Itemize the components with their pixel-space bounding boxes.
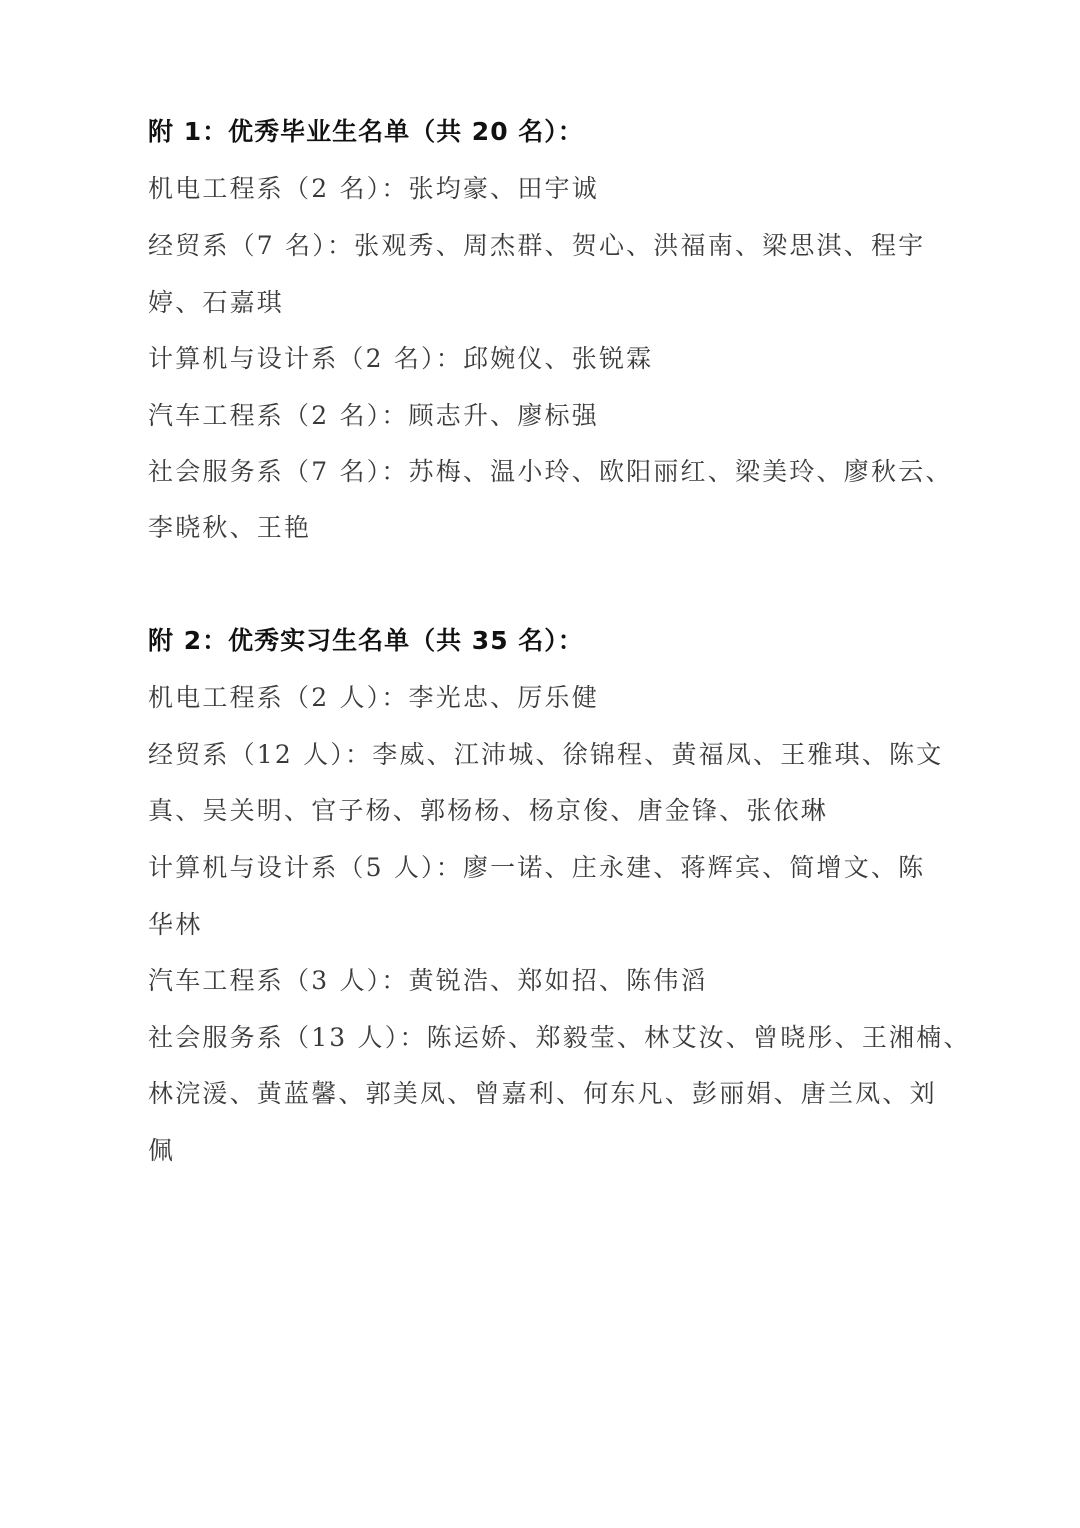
department-line: 社会服务系（13 人）：陈运娇、郑毅莹、林艾汝、曾晓彤、王湘楠、 <box>148 1018 948 1058</box>
section-title: 附 2：优秀实习生名单（共 35 名）： <box>148 621 948 661</box>
department-line-continued: 李晓秋、王艳 <box>148 508 948 548</box>
section-title: 附 1：优秀毕业生名单（共 20 名）： <box>148 112 948 152</box>
department-line-continued: 佩 <box>148 1131 948 1171</box>
department-line: 计算机与设计系（2 名）：邱婉仪、张锐霖 <box>148 339 948 379</box>
department-line-continued: 婷、石嘉琪 <box>148 283 948 323</box>
document-page: 附 1：优秀毕业生名单（共 20 名）： 机电工程系（2 名）：张均豪、田宇诚 … <box>0 0 1080 1528</box>
department-line: 汽车工程系（3 人）：黄锐浩、郑如招、陈伟滔 <box>148 961 948 1001</box>
department-line-continued: 林浣湲、黄蓝馨、郭美凤、曾嘉利、何东凡、彭丽娟、唐兰凤、刘 <box>148 1074 948 1114</box>
department-line: 机电工程系（2 名）：张均豪、田宇诚 <box>148 169 948 209</box>
department-line: 经贸系（7 名）：张观秀、周杰群、贺心、洪福南、梁思淇、程宇 <box>148 226 948 266</box>
department-line: 机电工程系（2 人）：李光忠、厉乐健 <box>148 678 948 718</box>
department-line-continued: 华林 <box>148 905 948 945</box>
department-line: 汽车工程系（2 名）：顾志升、廖标强 <box>148 396 948 436</box>
department-line-continued: 真、吴关明、官子杨、郭杨杨、杨京俊、唐金锋、张依琳 <box>148 791 948 831</box>
department-line: 经贸系（12 人）：李威、江沛城、徐锦程、黄福凤、王雅琪、陈文 <box>148 735 948 775</box>
department-line: 计算机与设计系（5 人）：廖一诺、庄永建、蒋辉宾、简增文、陈 <box>148 848 948 888</box>
department-line: 社会服务系（7 名）：苏梅、温小玲、欧阳丽红、梁美玲、廖秋云、 <box>148 452 948 492</box>
